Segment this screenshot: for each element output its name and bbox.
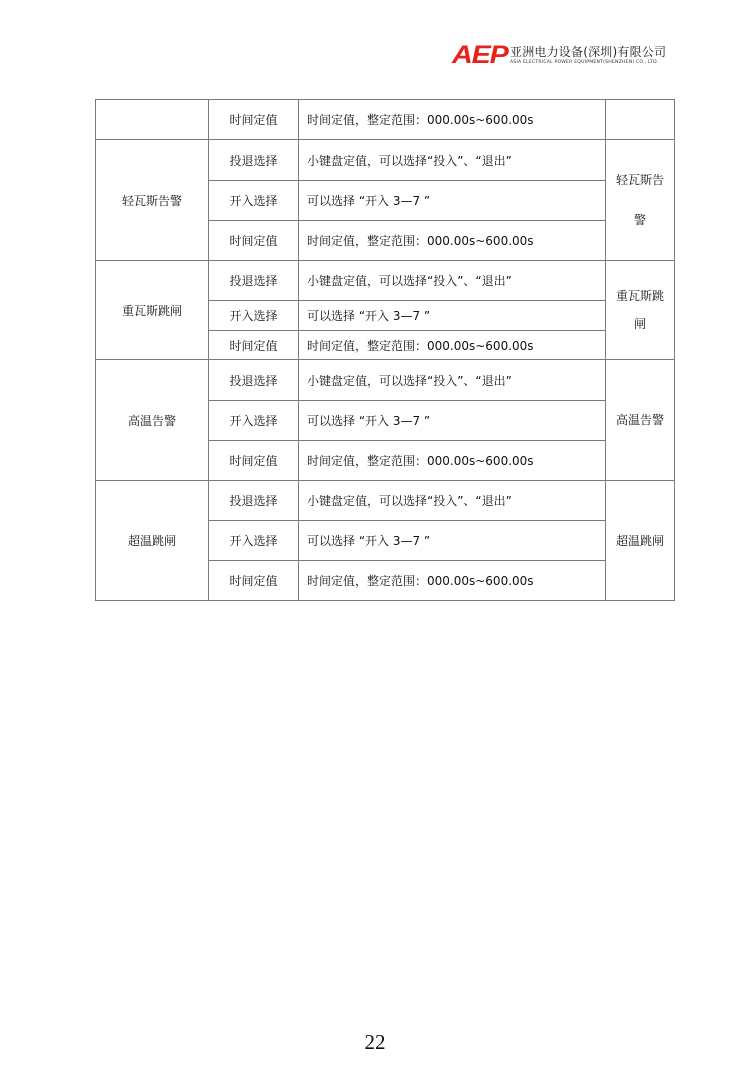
setting-item: 时间定值 [209, 561, 299, 601]
setting-item: 开入选择 [209, 301, 299, 331]
setting-description: 可以选择 “开入 3—7 ” [299, 521, 606, 561]
protection-function-name: 轻瓦斯告警 [96, 140, 209, 261]
table-row: 时间定值时间定值，整定范围：000.00s~600.00s [96, 100, 675, 140]
setting-description: 小键盘定值，可以选择“投入”、“退出” [299, 140, 606, 181]
setting-item: 时间定值 [209, 100, 299, 140]
protection-function-name [96, 100, 209, 140]
setting-description: 时间定值，整定范围：000.00s~600.00s [299, 441, 606, 481]
protection-function-name: 高温告警 [96, 360, 209, 481]
display-label: 重瓦斯跳闸 [606, 261, 675, 360]
setting-description: 可以选择 “开入 3—7 ” [299, 401, 606, 441]
company-name-en: ASIA ELECTRICAL POWER EQUIPMENT(SHENZHEN… [510, 59, 666, 66]
setting-item: 投退选择 [209, 481, 299, 521]
settings-table-body: 时间定值时间定值，整定范围：000.00s~600.00s轻瓦斯告警投退选择小键… [96, 100, 675, 601]
setting-item: 时间定值 [209, 331, 299, 360]
setting-item: 时间定值 [209, 221, 299, 261]
settings-table: 时间定值时间定值，整定范围：000.00s~600.00s轻瓦斯告警投退选择小键… [95, 99, 675, 601]
setting-item: 投退选择 [209, 261, 299, 301]
setting-description: 时间定值，整定范围：000.00s~600.00s [299, 331, 606, 360]
company-name-cn: 亚洲电力设备(深圳)有限公司 [510, 45, 666, 59]
setting-item: 投退选择 [209, 360, 299, 401]
display-label: 超温跳闸 [606, 481, 675, 601]
display-label [606, 100, 675, 140]
setting-description: 时间定值，整定范围：000.00s~600.00s [299, 561, 606, 601]
table-row: 重瓦斯跳闸投退选择小键盘定值，可以选择“投入”、“退出”重瓦斯跳闸 [96, 261, 675, 301]
setting-description: 小键盘定值，可以选择“投入”、“退出” [299, 360, 606, 401]
setting-description: 小键盘定值，可以选择“投入”、“退出” [299, 261, 606, 301]
table-row: 超温跳闸投退选择小键盘定值，可以选择“投入”、“退出”超温跳闸 [96, 481, 675, 521]
setting-description: 时间定值，整定范围：000.00s~600.00s [299, 100, 606, 140]
aep-logo: AEP [452, 43, 512, 68]
company-name: 亚洲电力设备(深圳)有限公司 ASIA ELECTRICAL POWER EQU… [510, 45, 666, 66]
setting-item: 开入选择 [209, 521, 299, 561]
setting-item: 开入选择 [209, 401, 299, 441]
page-number: 22 [0, 1030, 750, 1055]
display-label: 轻瓦斯告警 [606, 140, 675, 261]
setting-item: 时间定值 [209, 441, 299, 481]
setting-description: 时间定值，整定范围：000.00s~600.00s [299, 221, 606, 261]
table-row: 轻瓦斯告警投退选择小键盘定值，可以选择“投入”、“退出”轻瓦斯告警 [96, 140, 675, 181]
setting-item: 开入选择 [209, 181, 299, 221]
display-label: 高温告警 [606, 360, 675, 481]
protection-function-name: 超温跳闸 [96, 481, 209, 601]
page-header: AEP 亚洲电力设备(深圳)有限公司 ASIA ELECTRICAL POWER… [452, 40, 666, 70]
table-row: 高温告警投退选择小键盘定值，可以选择“投入”、“退出”高温告警 [96, 360, 675, 401]
setting-description: 小键盘定值，可以选择“投入”、“退出” [299, 481, 606, 521]
setting-description: 可以选择 “开入 3—7 ” [299, 301, 606, 331]
setting-item: 投退选择 [209, 140, 299, 181]
protection-function-name: 重瓦斯跳闸 [96, 261, 209, 360]
setting-description: 可以选择 “开入 3—7 ” [299, 181, 606, 221]
